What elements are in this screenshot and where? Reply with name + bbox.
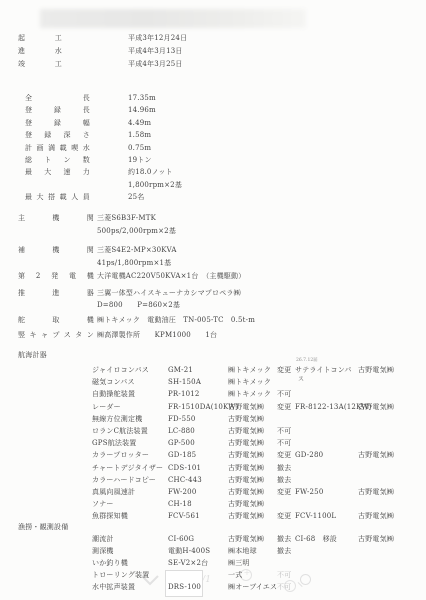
- status-cell: 不可: [277, 581, 291, 593]
- status-cell: 不可: [277, 388, 291, 400]
- status-cell: 変更: [277, 401, 291, 413]
- date-value: 平成4年3月13日: [128, 45, 183, 58]
- date-row: 起 工 平成3年12月24日: [18, 32, 426, 45]
- date-row: 竣 工 平成4年3月25日: [18, 58, 426, 71]
- equipment-name: レーダー: [92, 401, 121, 413]
- new-maker-cell: 古野電気㈱: [358, 449, 394, 461]
- equipment-name: 真風向風速計: [92, 486, 135, 498]
- equipment-name: ロランC航法装置: [92, 425, 148, 437]
- table-row: 自動操舵装置 PR-1012 ㈱トキメック 不可: [0, 388, 426, 400]
- machinery-label: 補 機 関: [18, 244, 94, 269]
- dimension-label: 全 長: [25, 92, 90, 104]
- new-maker-cell: 古野電気㈱: [358, 533, 394, 545]
- table-row: 測深機 電動H-400S ㈱本地球 撤去: [0, 545, 426, 557]
- model-cell: FW-200: [168, 486, 196, 498]
- machinery-entry: 舵 取 機 ㈱トキメック 電動油圧 TN-005-TC 0.5t-m: [18, 314, 426, 327]
- table-row: ジャイロコンパス GM-21 ㈱トキメック 変更 サテライトコンパ 古野電気㈱: [0, 364, 426, 376]
- model-cell: SH-150A: [168, 376, 201, 388]
- machinery-line: 41ps/1,800rpm×1基: [97, 257, 177, 270]
- machinery-line: ㈱高澤製作所 KPM1000 1台: [97, 329, 217, 342]
- equipment-name: いか釣り機: [92, 557, 128, 569]
- dimension-value: 25名: [128, 191, 145, 203]
- equipment-name: 水中拡声装置: [92, 581, 135, 593]
- new-maker-cell: 古野電気㈱: [358, 486, 394, 498]
- date-label: 進 水: [18, 45, 62, 58]
- maker-cell: ㈱トキメック: [228, 388, 271, 400]
- construction-dates: 起 工 平成3年12月24日 進 水 平成4年3月13日 竣 工 平成4年3月2…: [18, 32, 426, 71]
- equipment-name: 磁気コンパス: [92, 376, 135, 388]
- new-maker-cell: 古野電気㈱: [358, 401, 394, 413]
- maker-cell: ㈱本地球: [228, 545, 257, 557]
- machinery-label: 推 進 器: [18, 287, 94, 312]
- date-label: 起 工: [18, 32, 62, 45]
- equipment-name: GPS航法装置: [92, 437, 137, 449]
- table-row: レーダー FR-1510DA(10KW) 古野電気㈱ 変更 FR-8122-13…: [0, 401, 426, 413]
- new-model-cell: FCV-1100L: [295, 510, 336, 522]
- maker-cell: 古野電気㈱: [228, 486, 264, 498]
- dimension-label: 登 録 深 さ: [25, 129, 90, 141]
- dimension-row: 総 ト ン 数 19トン: [25, 154, 426, 166]
- principal-dimensions: 全 長 17.35m 登 録 長 14.96m 登 録 幅 4.49m 登 録 …: [25, 92, 426, 204]
- maker-cell: 古野電気㈱: [228, 437, 264, 449]
- dimension-value: 1,800rpm×2基: [128, 179, 182, 191]
- table-row: GPS航法装置 GP-500 古野電気㈱ 不可: [0, 437, 426, 449]
- dimension-label: 登 録 幅: [25, 117, 90, 129]
- table-row: 潮流計 CI-60G 古野電気㈱ 撤去 CI-68 移設 古野電気㈱: [0, 533, 426, 545]
- equipment-name: ソナー: [92, 498, 114, 510]
- table-row: 魚群探知機 FCV-561 古野電気㈱ 変更 FCV-1100L 古野電気㈱: [0, 510, 426, 522]
- nav-instruments-header: 航海計器: [18, 350, 47, 360]
- machinery-section: 主 機 関 三菱S6B3F-MTK 500ps/2,000rpm×2基 補 機 …: [18, 212, 426, 342]
- model-cell: FCV-561: [168, 510, 200, 522]
- maker-cell: ㈱三明: [228, 557, 250, 569]
- dimension-value: 約18.0ノット: [128, 166, 173, 178]
- status-cell: 変更: [277, 510, 291, 522]
- maker-cell: ㈱トキメック: [228, 364, 271, 376]
- machinery-entry: 第2発電機 大洋電機AC220V50KVA×1台 （主機駆動）: [18, 270, 426, 283]
- machinery-label: 舵 取 機: [18, 314, 94, 327]
- maker-cell: 古野電気㈱: [228, 474, 264, 486]
- maker-cell: 古野電気㈱: [228, 498, 264, 510]
- status-cell: 変更: [277, 364, 291, 376]
- date-row: 進 水 平成4年3月13日: [18, 45, 426, 58]
- equipment-name: 潮流計: [92, 533, 114, 545]
- new-model-cell: GD-280: [295, 449, 323, 461]
- machinery-line: 三菱S6B3F-MTK: [97, 212, 176, 225]
- table-row: 水中拡声装置 DRS-100 ㈱オーブイエス 不可: [0, 581, 426, 593]
- date-value: 平成3年12月24日: [128, 32, 187, 45]
- status-cell: 変更: [277, 449, 291, 461]
- machinery-label: 主 機 関: [18, 212, 94, 237]
- dimension-label: 総 ト ン 数: [25, 154, 90, 166]
- dimension-value: 4.49m: [128, 117, 151, 129]
- maker-cell: 古野電気㈱: [228, 533, 264, 545]
- model-cell: GM-21: [168, 364, 193, 376]
- table-row: 真風向風速計 FW-200 古野電気㈱ 変更 FW-250 古野電気㈱: [0, 486, 426, 498]
- machinery-label: 第2発電機: [18, 270, 94, 283]
- model-cell: PR-1012: [168, 388, 200, 400]
- equipment-name: チャートデジタイザー: [92, 462, 163, 474]
- dimension-row: 登 録 深 さ 1.58m: [25, 129, 426, 141]
- table-row: カラープロッター GD-185 古野電気㈱ 変更 GD-280 古野電気㈱: [0, 449, 426, 461]
- dimension-label: 計画満載喫水: [25, 142, 90, 154]
- new-model-cell: サテライトコンパ: [295, 364, 352, 376]
- model-cell: SE-V2×2台: [168, 557, 208, 569]
- machinery-line: ㈱トキメック 電動油圧 TN-005-TC 0.5t-m: [97, 314, 255, 327]
- model-cell: CDS-101: [168, 462, 201, 474]
- machinery-entry: 補 機 関 三菱S4E2-MP×30KVA 41ps/1,800rpm×1基: [18, 244, 426, 269]
- table-row: カラーハードコピー CHC-443 古野電気㈱ 撤去: [0, 474, 426, 486]
- dimension-label: [25, 179, 90, 191]
- dimension-label: 登 録 長: [25, 104, 90, 116]
- machinery-line: 三菱S4E2-MP×30KVA: [97, 244, 177, 257]
- machinery-entry: 推 進 器 三翼一体型ハイスキューナカシマプロペラ㈱ D=800 P=860×2…: [18, 287, 426, 312]
- machinery-line: 大洋電機AC220V50KVA×1台 （主機駆動）: [97, 270, 245, 283]
- new-model-cell: CI-68 移設: [295, 533, 337, 545]
- dimension-value: 19トン: [128, 154, 152, 166]
- nav-instruments-table: ジャイロコンパス GM-21 ㈱トキメック 変更 サテライトコンパ 古野電気㈱ …: [0, 364, 426, 522]
- dimension-row: 1,800rpm×2基: [25, 179, 426, 191]
- fishing-equipment-header: 漁撈・観測設備: [18, 522, 68, 532]
- machinery-label: 竪キャプスタン: [18, 329, 94, 342]
- maker-cell: 古野電気㈱: [228, 449, 264, 461]
- table-row: 無線方位測定機 FD-550 古野電気㈱: [0, 413, 426, 425]
- table-row: いか釣り機 SE-V2×2台 ㈱三明: [0, 557, 426, 569]
- scanned-spec-sheet: 起 工 平成3年12月24日 進 水 平成4年3月13日 竣 工 平成4年3月2…: [0, 0, 426, 600]
- equipment-name: 測深機: [92, 545, 114, 557]
- fishing-equipment-table: 潮流計 CI-60G 古野電気㈱ 撤去 CI-68 移設 古野電気㈱ 測深機 電…: [0, 533, 426, 593]
- model-cell: GP-500: [168, 437, 195, 449]
- equipment-name: トローリング装置: [92, 569, 149, 581]
- date-value: 平成4年3月25日: [128, 58, 183, 71]
- maker-cell: 一式: [228, 569, 242, 581]
- dimension-value: 17.35m: [128, 92, 156, 104]
- model-cell: GD-185: [168, 449, 196, 461]
- status-cell: 変更: [277, 486, 291, 498]
- machinery-entry: 主 機 関 三菱S6B3F-MTK 500ps/2,000rpm×2基: [18, 212, 426, 237]
- model-cell: LC-880: [168, 425, 195, 437]
- dimension-row: 全 長 17.35m: [25, 92, 426, 104]
- dimension-label: 最 大 速 力: [25, 166, 90, 178]
- maker-cell: 古野電気㈱: [228, 401, 264, 413]
- equipment-name: 魚群探知機: [92, 510, 128, 522]
- maker-cell: 古野電気㈱: [228, 413, 264, 425]
- equipment-name: 自動操舵装置: [92, 388, 135, 400]
- status-cell: 撤去: [277, 545, 291, 557]
- model-cell: DRS-100: [168, 581, 201, 593]
- equipment-name: カラープロッター: [92, 449, 149, 461]
- new-maker-cell: 古野電気㈱: [358, 364, 394, 376]
- status-cell: 不可: [277, 425, 291, 437]
- dimension-value: 14.96m: [128, 104, 156, 116]
- maker-cell: ㈱トキメック: [228, 376, 271, 388]
- status-cell: 撤去: [277, 462, 291, 474]
- handwritten-annotation: 26.7.12届: [296, 357, 318, 363]
- table-row: 磁気コンパス SH-150A ㈱トキメック: [0, 376, 426, 388]
- dimension-row: 登 録 長 14.96m: [25, 104, 426, 116]
- dimension-row: 最大搭載人員 25名: [25, 191, 426, 203]
- dimension-label: 最大搭載人員: [25, 191, 90, 203]
- table-row: ロランC航法装置 LC-880 古野電気㈱ 不可: [0, 425, 426, 437]
- dimension-value: 0.75m: [128, 142, 151, 154]
- date-label: 竣 工: [18, 58, 62, 71]
- table-row: チャートデジタイザー CDS-101 古野電気㈱ 撤去: [0, 462, 426, 474]
- status-cell: 不可: [277, 569, 291, 581]
- model-cell: CHC-443: [168, 474, 202, 486]
- dimension-value: 1.58m: [128, 129, 151, 141]
- equipment-name: ジャイロコンパス: [92, 364, 149, 376]
- table-row: トローリング装置 一式 不可: [0, 569, 426, 581]
- status-cell: 撤去: [277, 474, 291, 486]
- equipment-name: 無線方位測定機: [92, 413, 142, 425]
- model-cell: FD-550: [168, 413, 196, 425]
- redacted-header: [40, 9, 306, 28]
- model-cell: CI-60G: [168, 533, 194, 545]
- model-cell: CH-18: [168, 498, 192, 510]
- dimension-row: 最 大 速 力 約18.0ノット: [25, 166, 426, 178]
- machinery-line: 三翼一体型ハイスキューナカシマプロペラ㈱: [97, 287, 241, 300]
- new-maker-cell: 古野電気㈱: [358, 510, 394, 522]
- machinery-line: 500ps/2,000rpm×2基: [97, 225, 176, 238]
- model-cell: 電動H-400S: [168, 545, 210, 557]
- maker-cell: 古野電気㈱: [228, 425, 264, 437]
- machinery-entry: 竪キャプスタン ㈱高澤製作所 KPM1000 1台: [18, 329, 426, 342]
- maker-cell: 古野電気㈱: [228, 510, 264, 522]
- table-row: ソナー CH-18 古野電気㈱: [0, 498, 426, 510]
- maker-cell: 古野電気㈱: [228, 462, 264, 474]
- machinery-line: D=800 P=860×2基: [97, 299, 241, 312]
- new-model-cell: FW-250: [295, 486, 323, 498]
- equipment-name: カラーハードコピー: [92, 474, 156, 486]
- maker-cell: ㈱オーブイエス: [228, 581, 277, 593]
- dimension-row: 計画満載喫水 0.75m: [25, 142, 426, 154]
- status-cell: 不可: [277, 437, 291, 449]
- status-cell: 撤去: [277, 533, 291, 545]
- dimension-row: 登 録 幅 4.49m: [25, 117, 426, 129]
